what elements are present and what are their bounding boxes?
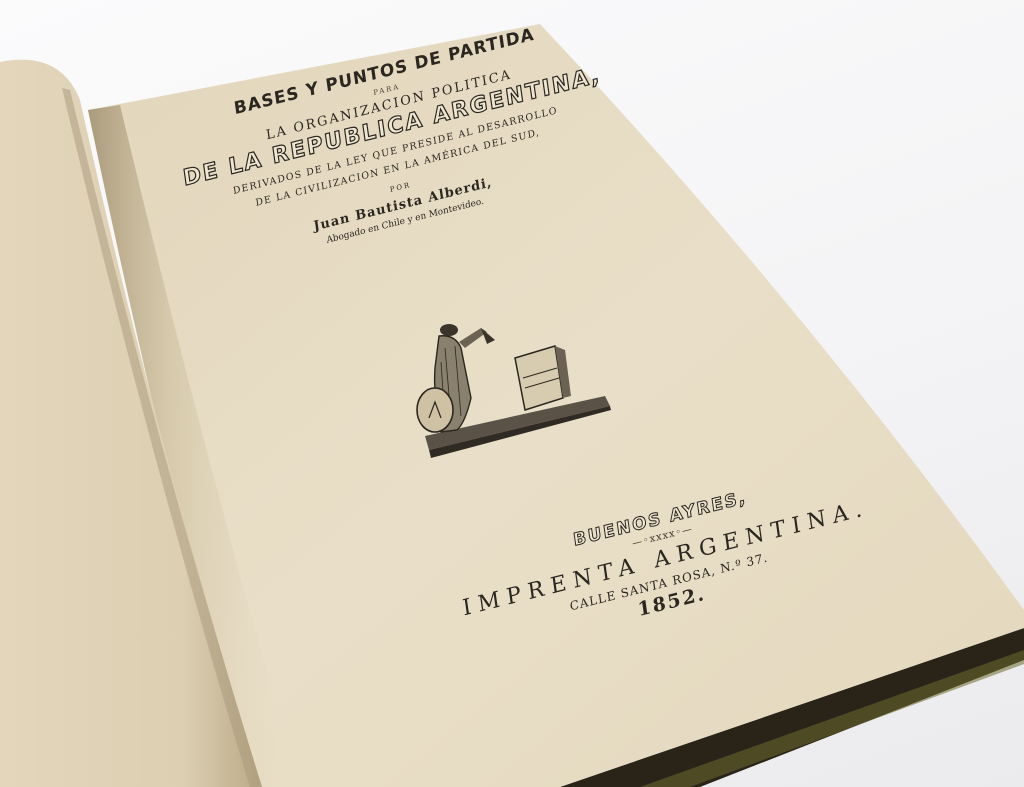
book-photo: BASES Y PUNTOS DE PARTIDA PARA LA ORGANI… — [0, 0, 1024, 787]
liberty-vignette-illustration — [415, 318, 615, 463]
